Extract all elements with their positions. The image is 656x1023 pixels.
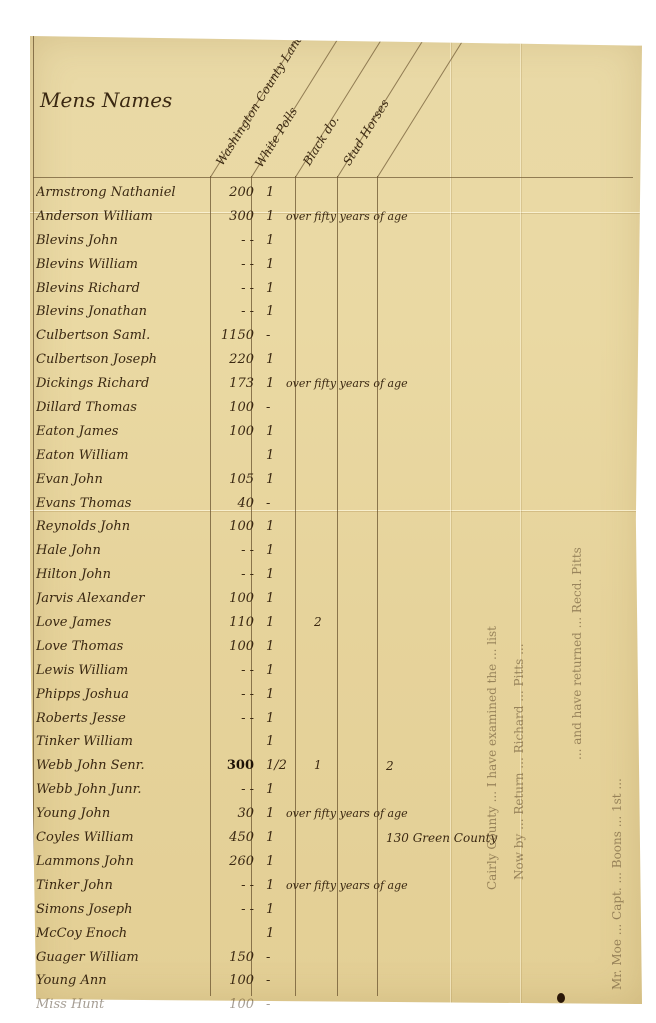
- row-polls: -: [266, 997, 280, 1012]
- row-name: Blevins Jonathan: [36, 304, 211, 319]
- column-header-land: Washington County Land: [213, 31, 306, 168]
- row-polls: -: [266, 400, 280, 415]
- table-row: Blevins Jonathan- -1: [36, 302, 596, 326]
- row-land: 40: [214, 496, 254, 511]
- row-name: Lammons John: [36, 854, 211, 869]
- row-land: 100: [214, 997, 254, 1012]
- row-land: - -: [214, 233, 254, 248]
- row-name: Eaton James: [36, 424, 211, 439]
- row-polls: 1: [266, 926, 280, 941]
- row-name: Armstrong Nathaniel: [36, 185, 211, 200]
- table-row: Hilton John- -1: [36, 565, 596, 589]
- margin-rule: [33, 36, 34, 1004]
- ink-blot: [557, 993, 565, 1003]
- row-studs: 2: [386, 759, 394, 773]
- row-name: Culbertson Joseph: [36, 352, 211, 367]
- row-name: Simons Joseph: [36, 902, 211, 917]
- table-row: Dillard Thomas100-: [36, 398, 596, 422]
- page-title: Mens Names: [40, 88, 172, 112]
- table-row: Culbertson Saml.1150-: [36, 326, 596, 350]
- row-land: 100: [214, 639, 254, 654]
- table-row: Love James11012: [36, 613, 596, 637]
- row-name: Young Ann: [36, 973, 211, 988]
- row-polls: 1: [266, 591, 280, 606]
- row-name: Love Thomas: [36, 639, 211, 654]
- table-row: Simons Joseph- -1: [36, 900, 596, 924]
- row-name: Dillard Thomas: [36, 400, 211, 415]
- row-name: Evan John: [36, 472, 211, 487]
- row-land: 300: [214, 209, 254, 224]
- row-polls: 1: [266, 687, 280, 702]
- row-studs: 130 Green County: [386, 831, 497, 845]
- table-row: Dickings Richard1731over fifty years of …: [36, 374, 596, 398]
- row-name: Reynolds John: [36, 519, 211, 534]
- side-note: Now by ... Return ... Richard ... Pitts …: [512, 643, 526, 880]
- table-row: Blevins Richard- -1: [36, 279, 596, 303]
- row-polls: -: [266, 328, 280, 343]
- row-polls: 1: [266, 711, 280, 726]
- row-name: Eaton William: [36, 448, 211, 463]
- row-polls: 1: [266, 806, 280, 821]
- row-land: 100: [214, 973, 254, 988]
- row-polls: 1/2: [266, 758, 280, 773]
- table-row: Blevins William- -1: [36, 255, 596, 279]
- row-name: McCoy Enoch: [36, 926, 211, 941]
- table-row: Hale John- -1: [36, 541, 596, 565]
- row-land: 450: [214, 830, 254, 845]
- table-row: Guager William150-: [36, 948, 596, 972]
- row-polls: 1: [266, 830, 280, 845]
- table-row: McCoy Enoch1: [36, 924, 596, 948]
- row-land: 110: [214, 615, 254, 630]
- row-land: 200: [214, 185, 254, 200]
- table-row: Anderson William3001over fifty years of …: [36, 207, 596, 231]
- row-land: - -: [214, 543, 254, 558]
- row-name: Anderson William: [36, 209, 211, 224]
- row-polls: 1: [266, 615, 280, 630]
- row-polls: 1: [266, 233, 280, 248]
- row-polls: 1: [266, 519, 280, 534]
- row-name: Young John: [36, 806, 211, 821]
- row-polls: -: [266, 950, 280, 965]
- side-note: ... and have returned ... Recd. Pitts: [570, 547, 584, 760]
- row-land: 220: [214, 352, 254, 367]
- row-land: - -: [214, 281, 254, 296]
- row-land: 100: [214, 424, 254, 439]
- row-land: 1150: [214, 328, 254, 343]
- row-name: Jarvis Alexander: [36, 591, 211, 606]
- table-row: Armstrong Nathaniel2001: [36, 183, 596, 207]
- row-land: - -: [214, 782, 254, 797]
- row-blacks: 1: [314, 758, 334, 772]
- row-name: Blevins John: [36, 233, 211, 248]
- row-name: Evans Thomas: [36, 496, 211, 511]
- row-polls: 1: [266, 304, 280, 319]
- row-polls: 1: [266, 472, 280, 487]
- table-row: Young Ann100-: [36, 971, 596, 995]
- row-name: Coyles William: [36, 830, 211, 845]
- column-header-blacks: Black do.: [300, 113, 342, 168]
- table-row: Evans Thomas40-: [36, 494, 596, 518]
- row-land: - -: [214, 304, 254, 319]
- row-note: over fifty years of age: [286, 377, 408, 390]
- row-name: Culbertson Saml.: [36, 328, 211, 343]
- row-name: Tinker John: [36, 878, 211, 893]
- table-row: Miss Hunt100-: [36, 995, 596, 1019]
- side-note: Mr. Moe ... Capt. ... Boons ... 1st ...: [610, 778, 624, 990]
- row-polls: -: [266, 496, 280, 511]
- row-land: - -: [214, 711, 254, 726]
- row-polls: -: [266, 973, 280, 988]
- table-row: Eaton James1001: [36, 422, 596, 446]
- row-polls: 1: [266, 424, 280, 439]
- table-row: Evan John1051: [36, 470, 596, 494]
- row-land: 100: [214, 400, 254, 415]
- side-note: Cairly County ... I have examined the ..…: [485, 626, 499, 890]
- row-land: - -: [214, 902, 254, 917]
- row-polls: 1: [266, 734, 280, 749]
- row-polls: 1: [266, 281, 280, 296]
- row-name: Miss Hunt: [36, 997, 211, 1012]
- header-rule: [33, 177, 633, 178]
- row-polls: 1: [266, 376, 280, 391]
- row-land: 260: [214, 854, 254, 869]
- table-row: Culbertson Joseph2201: [36, 350, 596, 374]
- column-header-polls: White Polls: [252, 105, 300, 170]
- table-row: Jarvis Alexander1001: [36, 589, 596, 613]
- row-land: - -: [214, 257, 254, 272]
- row-land: - -: [214, 663, 254, 678]
- row-name: Phipps Joshua: [36, 687, 211, 702]
- row-land: 100: [214, 519, 254, 534]
- row-polls: 1: [266, 878, 280, 893]
- row-name: Hilton John: [36, 567, 211, 582]
- row-blacks: 2: [314, 615, 334, 629]
- row-note: over fifty years of age: [286, 210, 408, 223]
- row-name: Webb John Senr.: [36, 758, 211, 773]
- row-polls: 1: [266, 257, 280, 272]
- row-name: Blevins William: [36, 257, 211, 272]
- row-polls: 1: [266, 185, 280, 200]
- row-name: Blevins Richard: [36, 281, 211, 296]
- row-polls: 1: [266, 663, 280, 678]
- row-polls: 1: [266, 782, 280, 797]
- row-note: over fifty years of age: [286, 879, 408, 892]
- row-name: Love James: [36, 615, 211, 630]
- table-row: Eaton William1: [36, 446, 596, 470]
- row-name: Hale John: [36, 543, 211, 558]
- row-name: Guager William: [36, 950, 211, 965]
- row-name: Tinker William: [36, 734, 211, 749]
- row-polls: 1: [266, 448, 280, 463]
- row-name: Lewis William: [36, 663, 211, 678]
- row-polls: 1: [266, 639, 280, 654]
- table-row: Reynolds John1001: [36, 517, 596, 541]
- row-note: over fifty years of age: [286, 807, 408, 820]
- row-polls: 1: [266, 567, 280, 582]
- row-polls: 1: [266, 352, 280, 367]
- names-table: Armstrong Nathaniel2001Anderson William3…: [36, 183, 596, 1019]
- row-polls: 1: [266, 209, 280, 224]
- row-name: Webb John Junr.: [36, 782, 211, 797]
- row-polls: 1: [266, 543, 280, 558]
- column-header-studs: Stud Horses: [340, 97, 392, 168]
- row-land: 30: [214, 806, 254, 821]
- row-land: 173: [214, 376, 254, 391]
- row-name: Roberts Jesse: [36, 711, 211, 726]
- row-land: 105: [214, 472, 254, 487]
- row-name: Dickings Richard: [36, 376, 211, 391]
- row-land: 300: [214, 758, 254, 773]
- table-row: Blevins John- -1: [36, 231, 596, 255]
- row-land: 100: [214, 591, 254, 606]
- row-land: 150: [214, 950, 254, 965]
- row-polls: 1: [266, 854, 280, 869]
- row-land: - -: [214, 567, 254, 582]
- row-land: - -: [214, 878, 254, 893]
- row-land: - -: [214, 687, 254, 702]
- row-polls: 1: [266, 902, 280, 917]
